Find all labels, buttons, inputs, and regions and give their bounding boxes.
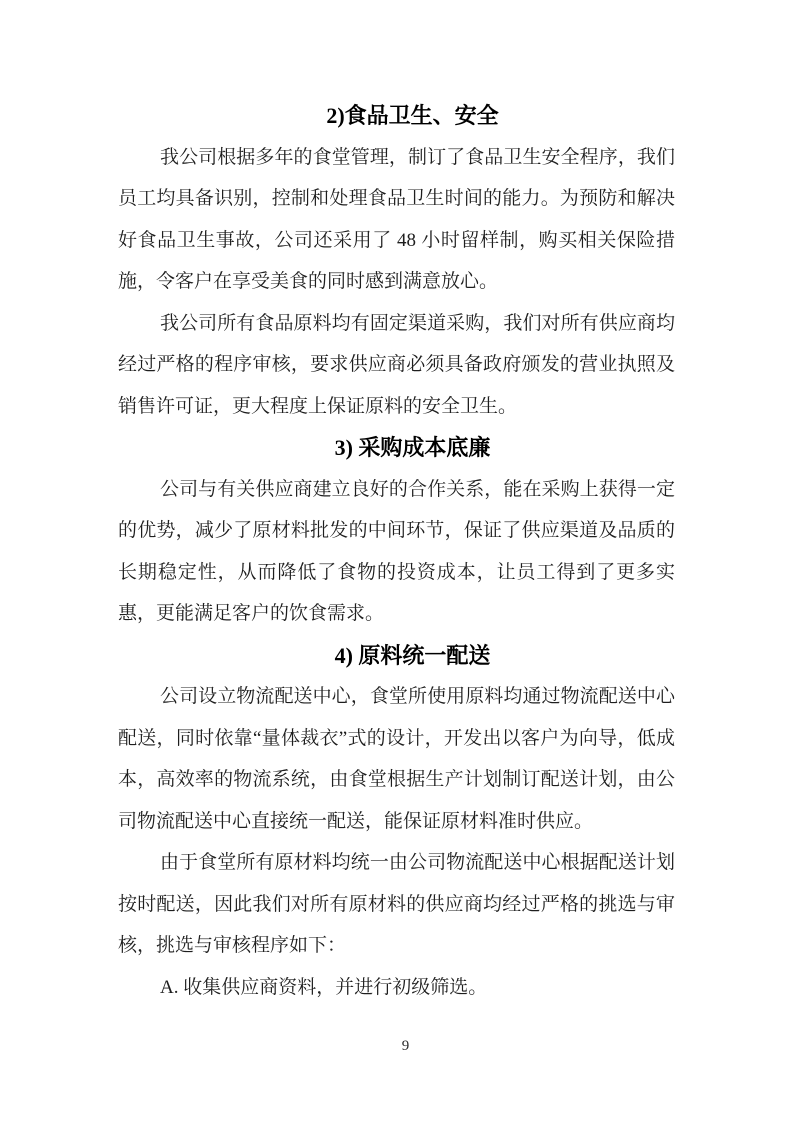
paragraph-hygiene-program: 我公司根据多年的食堂管理，制订了食品卫生安全程序，我们员工均具备识别，控制和处理… xyxy=(118,137,675,303)
paragraph-supplier-relations: 公司与有关供应商建立良好的合作关系，能在采购上获得一定的优势，减少了原材料批发的… xyxy=(118,469,675,635)
section-heading-unified-distribution: 4) 原料统一配送 xyxy=(118,635,675,677)
page-number: 9 xyxy=(0,1036,793,1056)
paragraph-material-selection: 由于食堂所有原材料均统一由公司物流配送中心根据配送计划按时配送，因此我们对所有原… xyxy=(118,842,675,967)
paragraph-step-a-collect-supplier-info: A. 收集供应商资料，并进行初级筛选。 xyxy=(118,967,675,1009)
paragraph-logistics-center: 公司设立物流配送中心，食堂所使用原料均通过物流配送中心配送，同时依靠“量体裁衣”… xyxy=(118,676,675,842)
document-body: 2)食品卫生、安全 我公司根据多年的食堂管理，制订了食品卫生安全程序，我们员工均… xyxy=(118,95,675,1008)
paragraph-supplier-audit: 我公司所有食品原料均有固定渠道采购，我们对所有供应商均经过严格的程序审核，要求供… xyxy=(118,303,675,428)
section-heading-food-hygiene-safety: 2)食品卫生、安全 xyxy=(118,95,675,137)
section-heading-procurement-cost: 3) 采购成本底廉 xyxy=(118,427,675,469)
document-page: 2)食品卫生、安全 我公司根据多年的食堂管理，制订了食品卫生安全程序，我们员工均… xyxy=(0,0,793,1122)
